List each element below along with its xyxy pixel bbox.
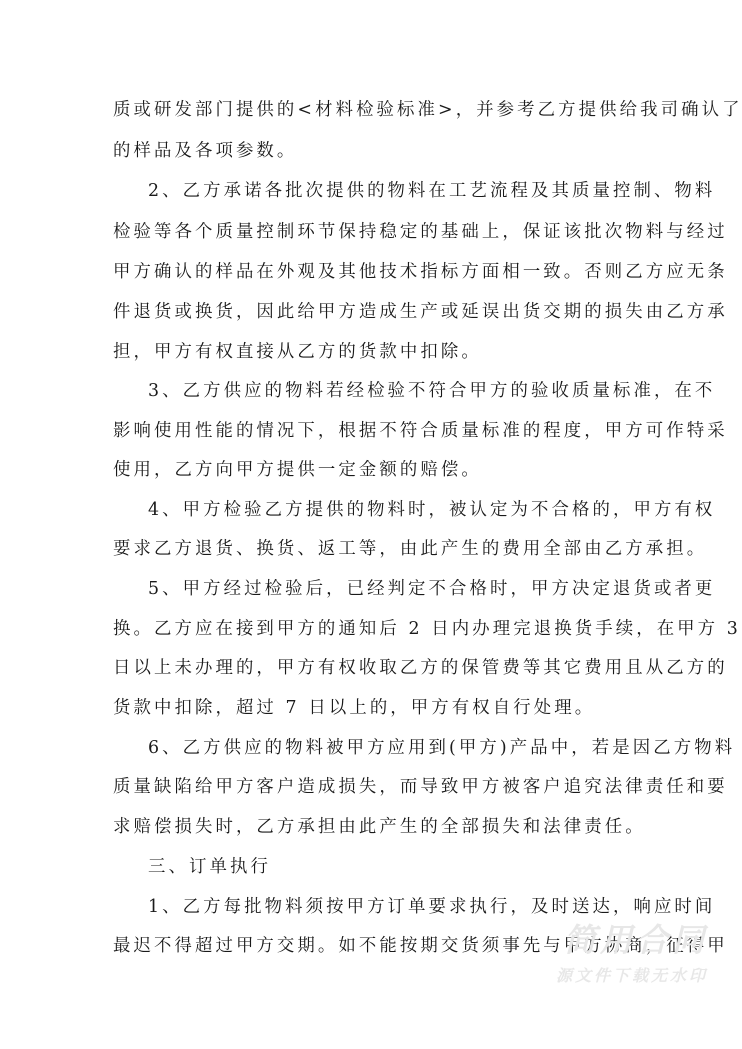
text-line: 要求乙方退货、换货、返工等，由此产生的费用全部由乙方承担。: [113, 538, 643, 560]
clause-2-first-line: 2、乙方承诺各批次提供的物料在工艺流程及其质量控制、物料: [148, 180, 643, 202]
text-line: 件退货或换货，因此给甲方造成生产或延误出货交期的损失由乙方承: [113, 301, 643, 323]
text-line: 的样品及各项参数。: [113, 140, 643, 162]
text-line: 质或研发部门提供的<材料检验标准>，并参考乙方提供给我司确认了: [113, 99, 643, 121]
clause-4-first-line: 4、甲方检验乙方提供的物料时，被认定为不合格的，甲方有权: [148, 499, 643, 521]
text-line: 换。乙方应在接到甲方的通知后 2 日内办理完退换货手续，在甲方 3: [113, 618, 643, 640]
section-heading: 三、订单执行: [148, 856, 643, 878]
text-line: 检验等各个质量控制环节保持稳定的基础上，保证该批次物料与经过: [113, 221, 643, 243]
clause-3-first-line: 3、乙方供应的物料若经检验不符合甲方的验收质量标准，在不: [148, 380, 643, 402]
text-line: 日以上未办理的，甲方有权收取乙方的保管费等其它费用且从乙方的: [113, 657, 643, 679]
text-line: 货款中扣除，超过 7 日以上的，甲方有权自行处理。: [113, 697, 643, 719]
text-line: 影响使用性能的情况下，根据不符合质量标准的程度，甲方可作特采: [113, 420, 643, 442]
text-line: 最迟不得超过甲方交期。如不能按期交货须事先与甲方协商，征得甲: [113, 935, 643, 957]
text-line: 求赔偿损失时，乙方承担由此产生的全部损失和法律责任。: [113, 816, 643, 838]
text-line: 担，甲方有权直接从乙方的货款中扣除。: [113, 341, 643, 363]
text-line: 使用，乙方向甲方提供一定金额的赔偿。: [113, 459, 643, 481]
section3-clause-1-first-line: 1、乙方每批物料须按甲方订单要求执行，及时送达，响应时间: [148, 896, 643, 918]
watermark-subtitle: 源文件下载无水印: [508, 964, 708, 988]
clause-6-first-line: 6、乙方供应的物料被甲方应用到(甲方)产品中，若是因乙方物料: [148, 737, 643, 759]
clause-5-first-line: 5、甲方经过检验后，已经判定不合格时，甲方决定退货或者更: [148, 578, 643, 600]
text-line: 甲方确认的样品在外观及其他技术指标方面相一致。否则乙方应无条: [113, 261, 643, 283]
text-line: 质量缺陷给甲方客户造成损失，而导致甲方被客户追究法律责任和要: [113, 776, 643, 798]
document-page: 质或研发部门提供的<材料检验标准>，并参考乙方提供给我司确认了 的样品及各项参数…: [0, 0, 742, 1049]
